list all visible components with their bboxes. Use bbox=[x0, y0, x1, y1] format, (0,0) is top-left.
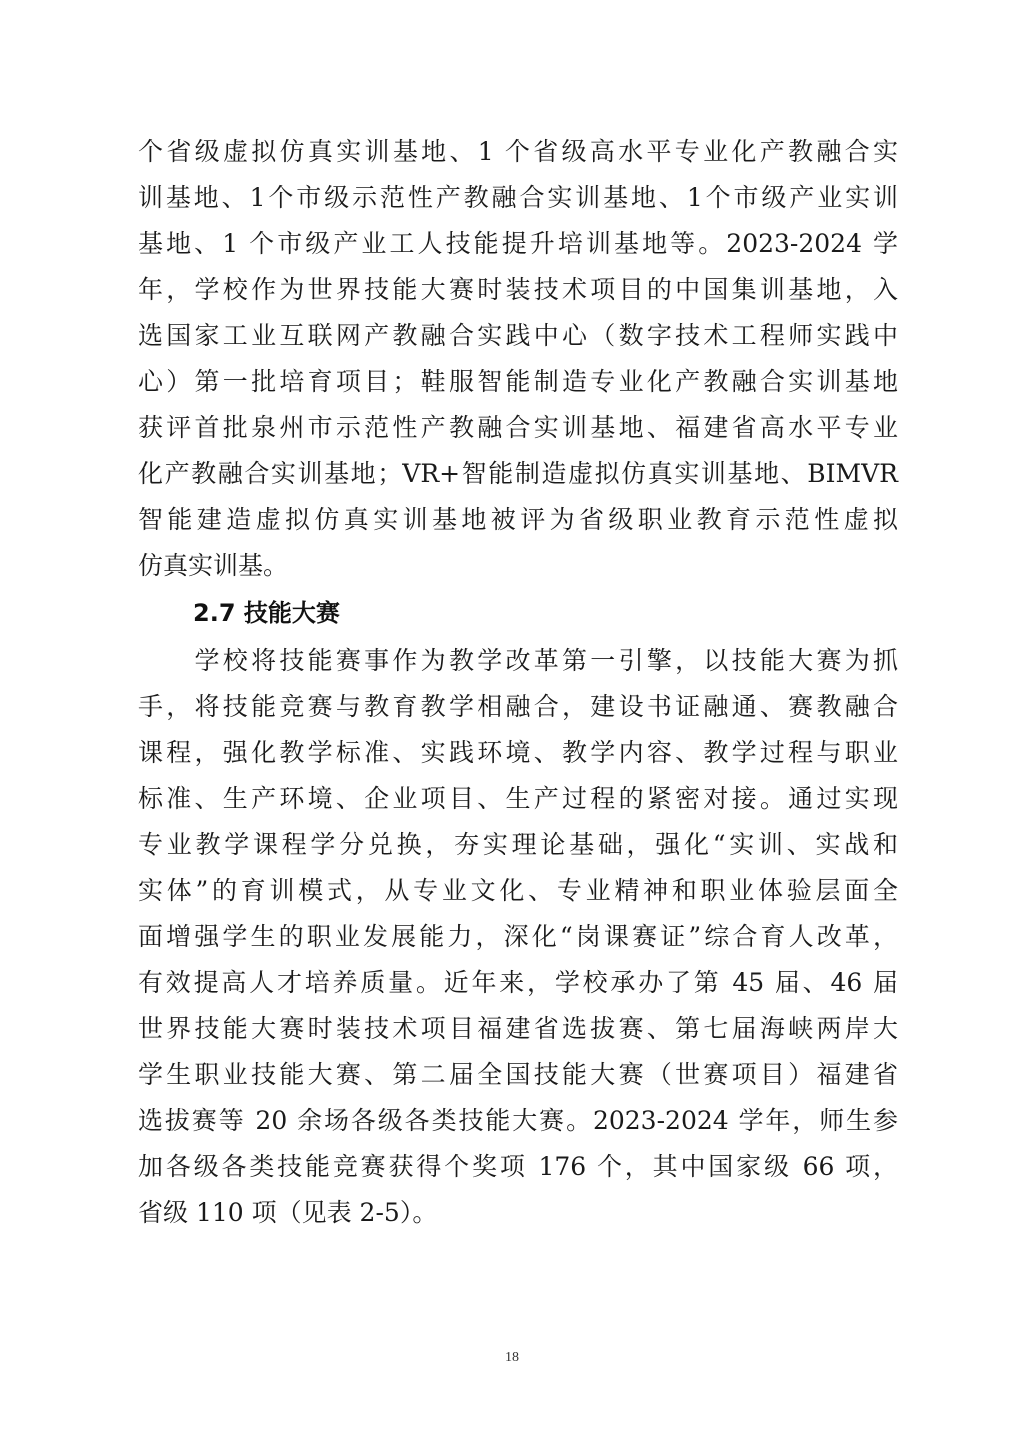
text-line: 实体”的育训模式，从专业文化、专业精神和职业体验层面全 bbox=[138, 868, 898, 914]
text-line: 个省级虚拟仿真实训基地、1 个省级高水平专业化产教融合实 bbox=[138, 129, 898, 175]
text-line: 仿真实训基。 bbox=[138, 543, 898, 589]
text-line: 省级 110 项（见表 2-5）。 bbox=[138, 1190, 898, 1236]
text-line: 学校将技能赛事作为教学改革第一引擎，以技能大赛为抓 bbox=[138, 638, 898, 684]
section-heading: 2.7 技能大赛 bbox=[193, 590, 340, 636]
text-line: 有效提高人才培养质量。近年来，学校承办了第 45 届、46 届 bbox=[138, 960, 898, 1006]
text-line: 心）第一批培育项目；鞋服智能制造专业化产教融合实训基地 bbox=[138, 359, 898, 405]
text-line: 面增强学生的职业发展能力，深化“岗课赛证”综合育人改革， bbox=[138, 914, 898, 960]
text-line: 专业教学课程学分兑换，夯实理论基础，强化“实训、实战和 bbox=[138, 822, 898, 868]
text-line: 选国家工业互联网产教融合实践中心（数字技术工程师实践中 bbox=[138, 313, 898, 359]
text-line: 基地、1 个市级产业工人技能提升培训基地等。2023-2024 学 bbox=[138, 221, 898, 267]
text-line: 智能建造虚拟仿真实训基地被评为省级职业教育示范性虚拟 bbox=[138, 497, 898, 543]
text-line: 选拔赛等 20 余场各级各类技能大赛。2023-2024 学年，师生参 bbox=[138, 1098, 898, 1144]
text-line: 学生职业技能大赛、第二届全国技能大赛（世赛项目）福建省 bbox=[138, 1052, 898, 1098]
text-line: 加各级各类技能竞赛获得个奖项 176 个，其中国家级 66 项， bbox=[138, 1144, 898, 1190]
text-line: 年，学校作为世界技能大赛时装技术项目的中国集训基地，入 bbox=[138, 267, 898, 313]
text-line: 化产教融合实训基地；VR+智能制造虚拟仿真实训基地、BIMVR bbox=[138, 451, 898, 497]
text-line: 手，将技能竞赛与教育教学相融合，建设书证融通、赛教融合 bbox=[138, 684, 898, 730]
text-line: 世界技能大赛时装技术项目福建省选拔赛、第七届海峡两岸大 bbox=[138, 1006, 898, 1052]
text-line: 标准、生产环境、企业项目、生产过程的紧密对接。通过实现 bbox=[138, 776, 898, 822]
page-number: 18 bbox=[0, 1350, 1024, 1366]
text-line: 训基地、1个市级示范性产教融合实训基地、1个市级产业实训 bbox=[138, 175, 898, 221]
document-page: 个省级虚拟仿真实训基地、1 个省级高水平专业化产教融合实 训基地、1个市级示范性… bbox=[0, 0, 1024, 1448]
text-line: 课程，强化教学标准、实践环境、教学内容、教学过程与职业 bbox=[138, 730, 898, 776]
text-line: 获评首批泉州市示范性产教融合实训基地、福建省高水平专业 bbox=[138, 405, 898, 451]
